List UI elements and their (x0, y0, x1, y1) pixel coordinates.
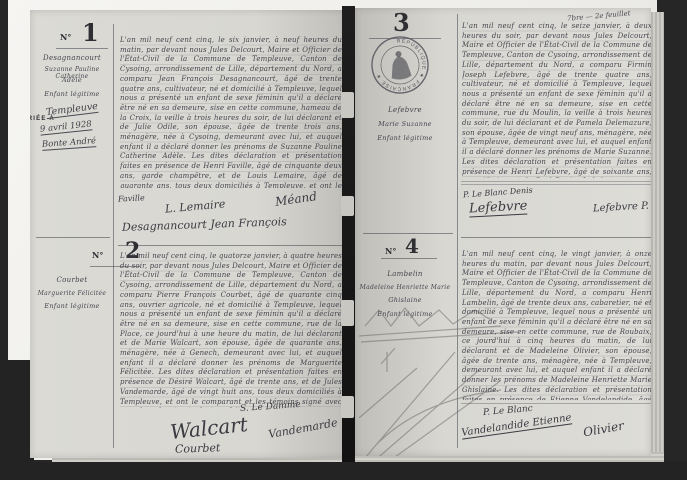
binding-stitch (341, 396, 354, 418)
signature: Desagnancourt Jean François (122, 215, 287, 234)
act-number-underline (56, 48, 108, 49)
act-separator-line (118, 245, 342, 246)
act-number-prefix: N° (92, 250, 103, 260)
signature: Méand (274, 189, 317, 209)
act-end-rule (461, 184, 651, 185)
act-1-margin-given-names-2: Adèle (32, 76, 112, 84)
act-1-margin-surname: Desagnancourt (32, 54, 112, 62)
act-end-rule (461, 181, 651, 182)
act-1-body-text: L'an mil neuf cent cinq, le six janvier,… (120, 36, 342, 188)
dark-table-surface-bottom (0, 462, 687, 480)
act-separator-line (36, 237, 110, 238)
signature: P. Le Blanc Denis (463, 186, 533, 200)
book-binding (342, 6, 355, 462)
act-3-margin-surname: Lefebvre (357, 106, 453, 114)
act-2-child-status: Enfant légitime (32, 302, 112, 310)
act-4-margin-surname: Lambelin (357, 270, 453, 278)
signature: L. Lemaire (165, 197, 226, 215)
margin-separator-line (457, 14, 458, 448)
act-3-child-status: Enfant légitime (357, 134, 453, 142)
act-4-margin-given-names: Madeleine Henriette Marie (355, 284, 455, 291)
signature: Vandemarde (267, 416, 338, 441)
act-number-underline (381, 258, 437, 259)
seal-figure (389, 55, 412, 81)
act-1-child-status: Enfant légitime (32, 90, 112, 98)
act-4-number: 4 (405, 234, 419, 258)
act-2-body-text: L'an mil neuf cent cinq, le quatorze jan… (120, 252, 342, 408)
act-number-prefix: N° (385, 246, 396, 256)
republique-francaise-seal-stamp: RÉPUBLIQUE ★ FRANÇAISE ★ (365, 30, 435, 100)
act-separator-line (461, 237, 651, 238)
binding-stitch (341, 300, 354, 326)
right-page-edge-stack (651, 12, 664, 452)
binding-stitch (341, 196, 354, 216)
act-4-body-text: L'an mil neuf cent cinq, le vingt janvie… (462, 250, 651, 400)
act-4-child-status: Enfant légitime (357, 310, 453, 318)
signature: Lefebvre P. (593, 201, 649, 215)
act-3-body-text: L'an mil neuf cent cinq, le seize janvie… (462, 22, 651, 178)
marriage-mention-place: Templeuve (45, 101, 98, 119)
act-number-prefix: N° (60, 32, 71, 42)
register-scan: N° 1 Desagnancourt Suzanne Pauline Cathe… (0, 0, 687, 480)
binding-stitch (341, 92, 354, 118)
signature: Faville (118, 193, 145, 203)
signature: Vandelandide Etienne (461, 412, 573, 439)
margin-separator-line (113, 24, 114, 448)
signature: P. Le Blanc (483, 404, 533, 418)
act-2-margin-surname: Courbet (32, 276, 112, 284)
signature: Walcart (169, 412, 249, 444)
folio-annotation: 7bre — 2e feuillet (567, 9, 631, 23)
act-3-margin-given-names: Marie Suzanne (357, 120, 453, 128)
register-left-page: N° 1 Desagnancourt Suzanne Pauline Cathe… (30, 10, 345, 458)
signature: Lefebvre (469, 198, 528, 217)
marriage-mention-spouse: Bonte André (42, 136, 97, 151)
signature: Olivier (582, 419, 625, 440)
act-end-rule (461, 403, 651, 404)
signature: Courbet (175, 441, 221, 456)
act-4-margin-given-names-2: Ghislaine (357, 296, 453, 304)
act-1-number: 1 (82, 18, 99, 47)
act-2-margin-given-names: Marguerite Félicitée (30, 290, 114, 297)
register-right-page: 7bre — 2e feuillet 3 RÉPUBLIQUE ★ FRANÇA… (355, 8, 651, 456)
